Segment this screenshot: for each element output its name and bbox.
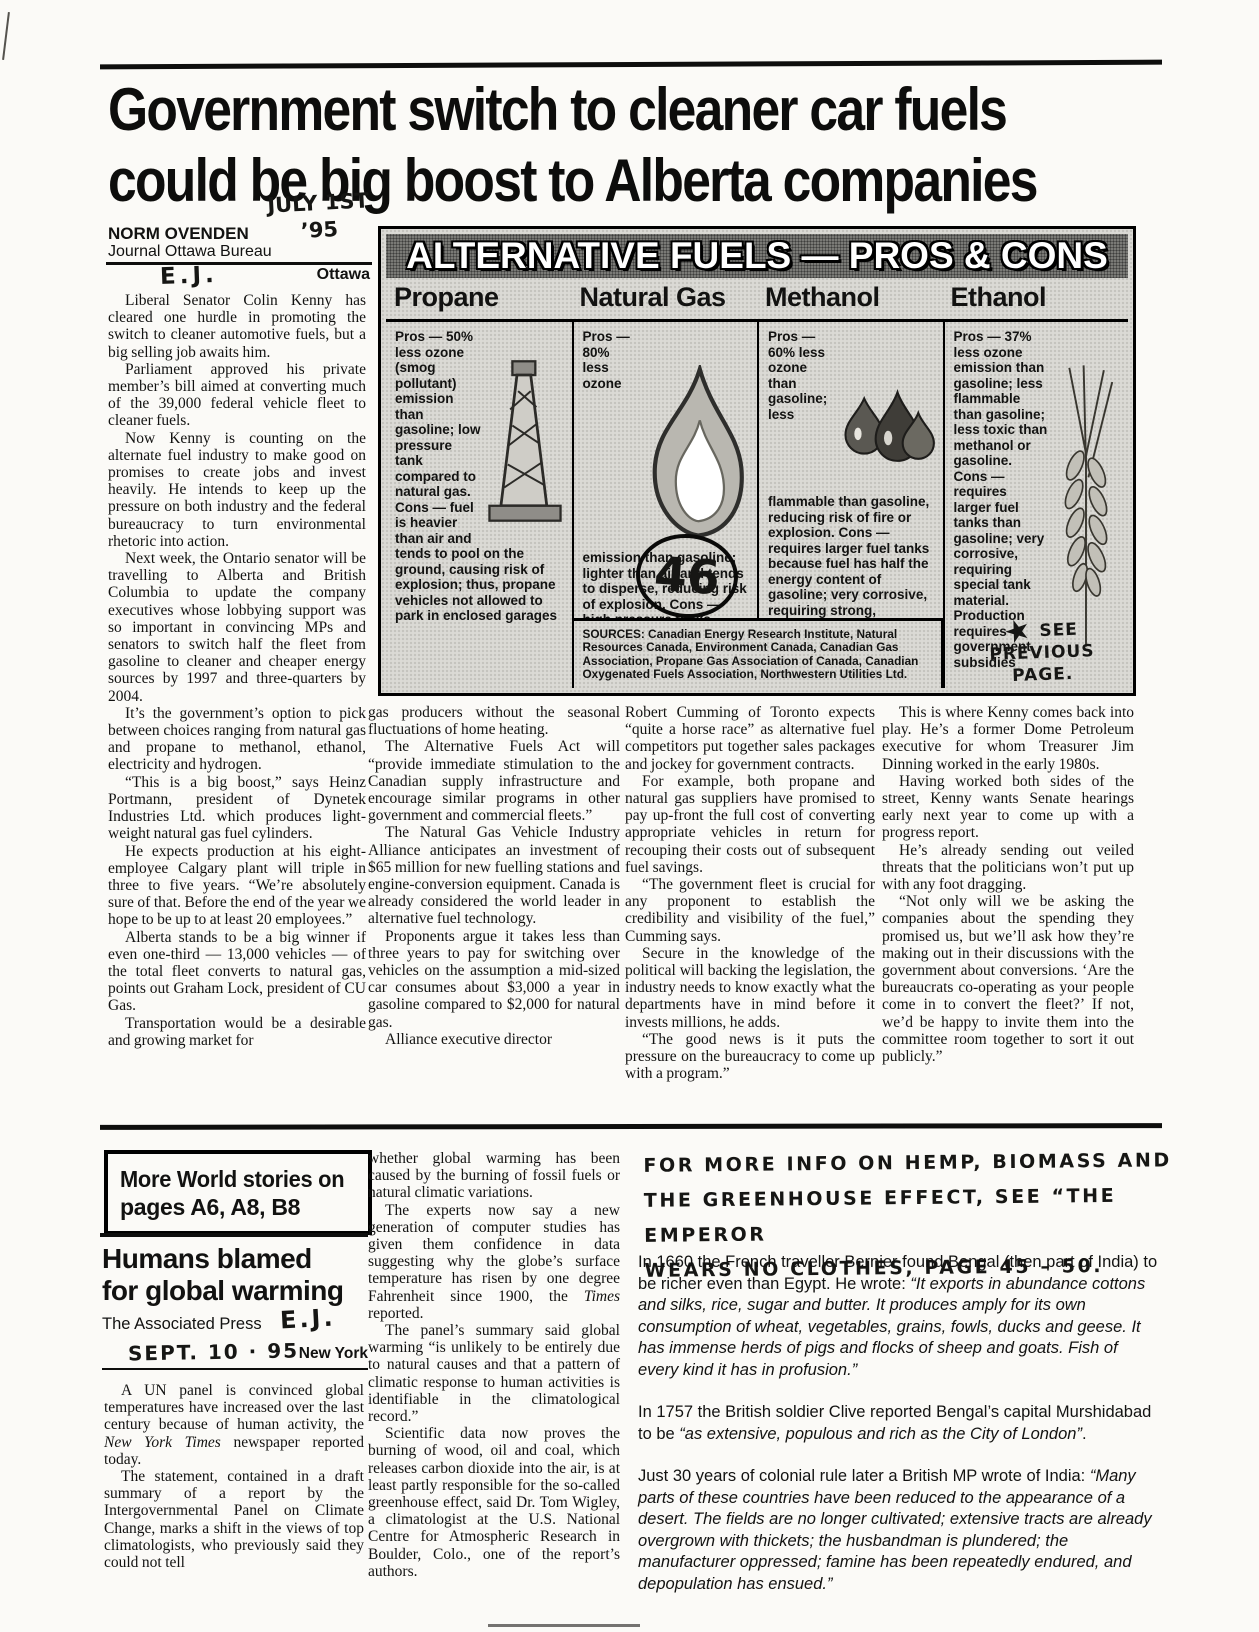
infographic-sources: SOURCES: Canadian Energy Research Instit… <box>572 618 943 688</box>
handwritten-date: JULY 1ST ’95 <box>267 187 371 246</box>
byline-rule <box>106 262 372 265</box>
propane-cell: Pros — 50% less ozone (smog pollutant) e… <box>386 322 572 688</box>
paragraph: Next week, the Ontario senator will be t… <box>108 550 366 705</box>
alternative-fuels-infographic: ALTERNATIVE FUELS — PROS & CONS Propane … <box>378 226 1136 696</box>
paragraph: whether global warming has been caused b… <box>368 1150 620 1202</box>
story2-column-1: A UN panel is convinced global temperatu… <box>104 1382 364 1571</box>
infographic-headers: Propane Natural Gas Methanol Ethanol <box>386 278 1128 322</box>
headline-line-2: could be big boost to Alberta companies <box>108 145 1063 216</box>
paragraph: Robert Cumming of Toronto expects “quite… <box>625 704 875 773</box>
story2-top-rule <box>100 1233 368 1237</box>
column-header-propane: Propane <box>386 278 572 322</box>
article-column-2: gas producers without the seasonal fluct… <box>368 704 620 1106</box>
column-header-methanol: Methanol <box>757 278 943 322</box>
paragraph: Proponents argue it takes less than thre… <box>368 928 620 1031</box>
paragraph: “Not only will we be asking the companie… <box>882 893 1134 1065</box>
paragraph: It’s the government’s option to pick bet… <box>108 705 366 774</box>
column-header-natural-gas: Natural Gas <box>572 278 758 322</box>
paragraph: In 1757 the British soldier Clive report… <box>638 1402 1162 1445</box>
paragraph: This is where Kenny comes back into play… <box>882 704 1134 773</box>
handwritten-see-previous-note: ★ SEE PREVIOUS PAGE. <box>957 617 1127 689</box>
world-stories-promo-box: More World stories on pages A6, A8, B8 <box>104 1150 372 1235</box>
paragraph: Parliament approved his private member’s… <box>108 361 366 430</box>
paragraph: “The government fleet is crucial for any… <box>625 876 875 945</box>
paragraph: The Alternative Fuels Act will “provide … <box>368 738 620 824</box>
promo-line-1: More World stories on <box>120 1165 346 1193</box>
scan-bottom-mark <box>488 1624 640 1627</box>
paragraph: The experts now say a new generation of … <box>368 1202 620 1322</box>
paragraph: The statement, contained in a draft summ… <box>104 1468 364 1571</box>
byline-bureau: Journal Ottawa Bureau <box>108 243 372 261</box>
ethanol-cell: Pros — 37% less ozone emission than gaso… <box>943 322 1129 688</box>
section-divider-rule <box>100 1123 1162 1130</box>
paragraph: Having worked both sides of the street, … <box>882 773 1134 842</box>
star-icon: ★ <box>1002 617 1036 647</box>
promo-line-2: pages A6, A8, B8 <box>120 1193 358 1221</box>
paragraph: A UN panel is convinced global temperatu… <box>104 1382 364 1468</box>
fuel-droplets-icon <box>833 389 937 492</box>
infographic-title: ALTERNATIVE FUELS — PROS & CONS <box>406 235 1108 277</box>
scan-corner-mark <box>2 12 10 60</box>
story2-headline-line-1: Humans blamed <box>102 1243 372 1275</box>
paragraph: The Natural Gas Vehicle Industry Allianc… <box>368 824 620 927</box>
story2-handwritten-initials: E.J. <box>279 1304 336 1335</box>
paragraph: Secure in the knowledge of the political… <box>625 945 875 1031</box>
paragraph: Alberta stands to be a big winner if eve… <box>108 929 366 1015</box>
bengal-quotes-column: In 1660 the French traveller Bernier fou… <box>638 1252 1162 1616</box>
headline-line-1: Government switch to cleaner car fuels <box>108 74 1063 145</box>
story2-dateline: New York <box>108 1345 368 1363</box>
article-column-3: Robert Cumming of Toronto expects “quite… <box>625 704 875 1106</box>
story2-credit-rule <box>102 1368 368 1370</box>
oil-derrick-icon <box>484 359 566 536</box>
paragraph: Scientific data now proves the burning o… <box>368 1425 620 1580</box>
column-header-ethanol: Ethanol <box>943 278 1129 322</box>
paragraph: Transportation would be a desirable and … <box>108 1015 366 1049</box>
paragraph: Now Kenny is counting on the alternate f… <box>108 430 366 550</box>
paragraph: Liberal Senator Colin Kenny has cleared … <box>108 292 366 361</box>
paragraph: He expects production at his eight-emplo… <box>108 843 366 929</box>
newspaper-page: { "headline": { "line1": "Government swi… <box>0 0 1259 1632</box>
top-rule <box>100 60 1162 70</box>
paragraph: “The good news is it puts the pressure o… <box>625 1031 875 1083</box>
paragraph: He’s already sending out veiled threats … <box>882 842 1134 894</box>
flame-icon <box>639 365 751 548</box>
paragraph: Alliance executive director <box>368 1031 620 1048</box>
story2-column-2: whether global warming has been caused b… <box>368 1150 620 1580</box>
paragraph: “This is a big boost,” says Heinz Portma… <box>108 774 366 843</box>
dateline-ottawa: Ottawa <box>108 266 370 284</box>
article-column-1: Liberal Senator Colin Kenny has cleared … <box>108 292 366 1112</box>
paragraph: The panel’s summary said global warming … <box>368 1322 620 1425</box>
paragraph: gas producers without the seasonal fluct… <box>368 704 620 738</box>
paragraph: For example, both propane and natural ga… <box>625 773 875 876</box>
paragraph: In 1660 the French traveller Bernier fou… <box>638 1252 1162 1381</box>
story2-credit: The Associated Press <box>102 1315 262 1334</box>
infographic-title-band: ALTERNATIVE FUELS — PROS & CONS <box>386 234 1128 278</box>
infographic-body: Pros — 50% less ozone (smog pollutant) e… <box>386 322 1128 688</box>
story2-headline: Humans blamed for global warming <box>102 1243 372 1307</box>
paragraph: Just 30 years of colonial rule later a B… <box>638 1466 1162 1595</box>
wheat-stalk-icon <box>1050 363 1122 654</box>
story2-headline-line-2: for global warming <box>102 1275 372 1307</box>
article-column-4: This is where Kenny comes back into play… <box>882 704 1134 1106</box>
